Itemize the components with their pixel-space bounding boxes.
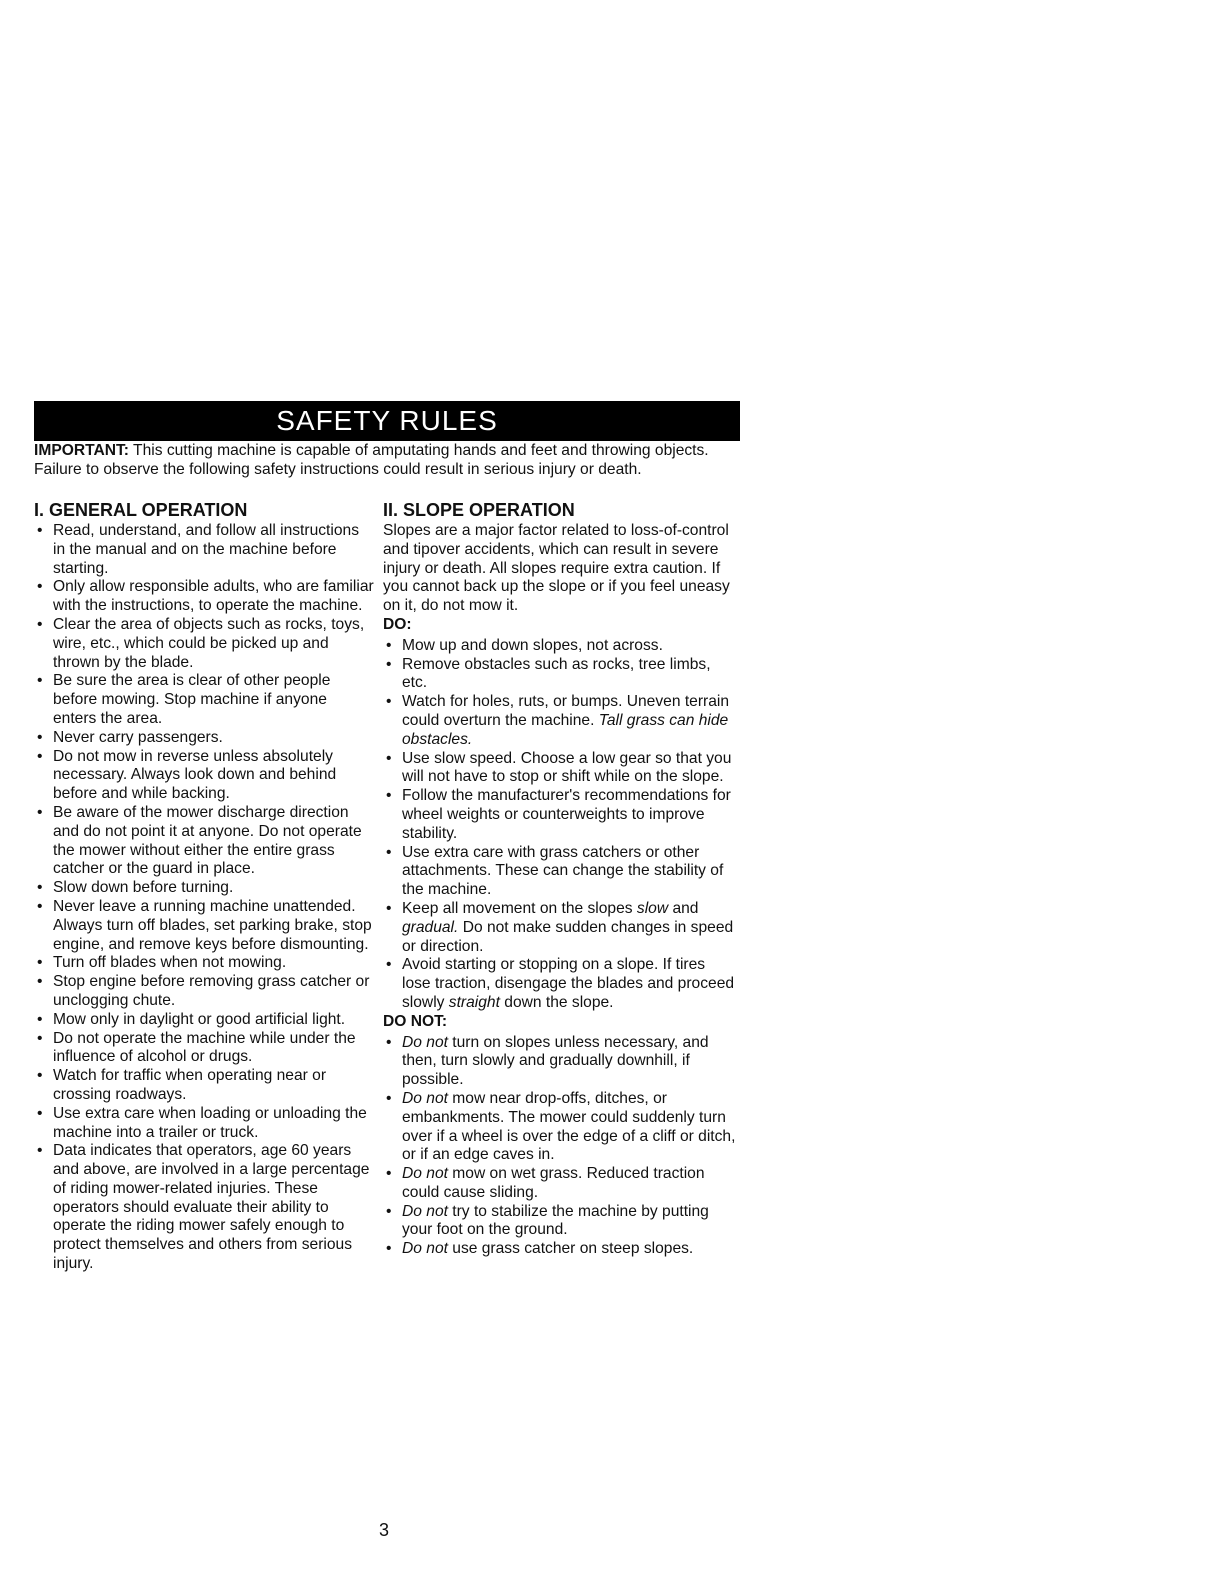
list-item: Stop engine before removing grass catche… (34, 973, 374, 1011)
list-item: Be sure the area is clear of other peopl… (34, 672, 374, 728)
item-emphasis: gradual. (402, 919, 458, 936)
general-operation-section: I. GENERAL OPERATION Read, understand, a… (34, 499, 374, 1274)
list-item: Slow down before turning. (34, 879, 374, 898)
list-item: Never leave a running machine unattended… (34, 898, 374, 954)
list-item: Use extra care with grass catchers or ot… (383, 844, 738, 900)
item-emphasis: slow (637, 900, 668, 917)
list-item: Use slow speed. Choose a low gear so tha… (383, 750, 738, 788)
item-emphasis: Do not (402, 1203, 448, 1220)
list-item: Mow only in daylight or good artificial … (34, 1011, 374, 1030)
list-item: Watch for holes, ruts, or bumps. Uneven … (383, 693, 738, 749)
do-not-heading: DO NOT: (383, 1013, 738, 1032)
item-text: turn on slopes unless necessary, and the… (402, 1034, 709, 1089)
list-item: Do not mow near drop-offs, ditches, or e… (383, 1090, 738, 1165)
do-list: Mow up and down slopes, not across. Remo… (383, 637, 738, 1013)
list-item: Mow up and down slopes, not across. (383, 637, 738, 656)
slope-operation-heading: II. SLOPE OPERATION (383, 499, 738, 521)
safety-rules-banner: SAFETY RULES (34, 401, 740, 441)
slope-operation-section: II. SLOPE OPERATION Slopes are a major f… (383, 499, 738, 1259)
item-emphasis: Do not (402, 1240, 448, 1257)
general-operation-list: Read, understand, and follow all instruc… (34, 522, 374, 1274)
list-item: Avoid starting or stopping on a slope. I… (383, 956, 738, 1012)
list-item: Do not mow on wet grass. Reduced tractio… (383, 1165, 738, 1203)
list-item: Only allow responsible adults, who are f… (34, 578, 374, 616)
do-heading: DO: (383, 616, 738, 635)
list-item: Do not use grass catcher on steep slopes… (383, 1240, 738, 1259)
important-notice: IMPORTANT: This cutting machine is capab… (34, 442, 744, 479)
list-item: Do not operate the machine while under t… (34, 1030, 374, 1068)
item-text: mow near drop-offs, ditches, or embankme… (402, 1090, 735, 1163)
general-operation-heading: I. GENERAL OPERATION (34, 499, 374, 521)
list-item: Never carry passengers. (34, 729, 374, 748)
list-item: Be aware of the mower discharge directio… (34, 804, 374, 879)
item-emphasis: straight (449, 994, 500, 1011)
slope-intro: Slopes are a major factor related to los… (383, 522, 738, 616)
item-text: try to stabilize the machine by putting … (402, 1203, 709, 1239)
list-item: Turn off blades when not mowing. (34, 954, 374, 973)
item-text: and (668, 900, 698, 917)
important-label: IMPORTANT: (34, 442, 129, 459)
item-text: down the slope. (500, 994, 614, 1011)
list-item: Do not try to stabilize the machine by p… (383, 1203, 738, 1241)
list-item: Remove obstacles such as rocks, tree lim… (383, 656, 738, 694)
list-item: Do not turn on slopes unless necessary, … (383, 1034, 738, 1090)
important-text: This cutting machine is capable of amput… (34, 442, 709, 478)
list-item: Keep all movement on the slopes slow and… (383, 900, 738, 956)
item-emphasis: Do not (402, 1165, 448, 1182)
item-text: use grass catcher on steep slopes. (448, 1240, 693, 1257)
list-item: Watch for traffic when operating near or… (34, 1067, 374, 1105)
list-item: Do not mow in reverse unless absolutely … (34, 748, 374, 804)
item-emphasis: Do not (402, 1090, 448, 1107)
item-text: Keep all movement on the slopes (402, 900, 637, 917)
list-item: Read, understand, and follow all instruc… (34, 522, 374, 578)
item-emphasis: Do not (402, 1034, 448, 1051)
list-item: Clear the area of objects such as rocks,… (34, 616, 374, 672)
list-item: Follow the manufacturer's recommendation… (383, 787, 738, 843)
page-number: 3 (379, 1520, 389, 1541)
list-item: Use extra care when loading or unloading… (34, 1105, 374, 1143)
do-not-list: Do not turn on slopes unless necessary, … (383, 1034, 738, 1260)
list-item: Data indicates that operators, age 60 ye… (34, 1142, 374, 1274)
item-text: mow on wet grass. Reduced traction could… (402, 1165, 705, 1201)
